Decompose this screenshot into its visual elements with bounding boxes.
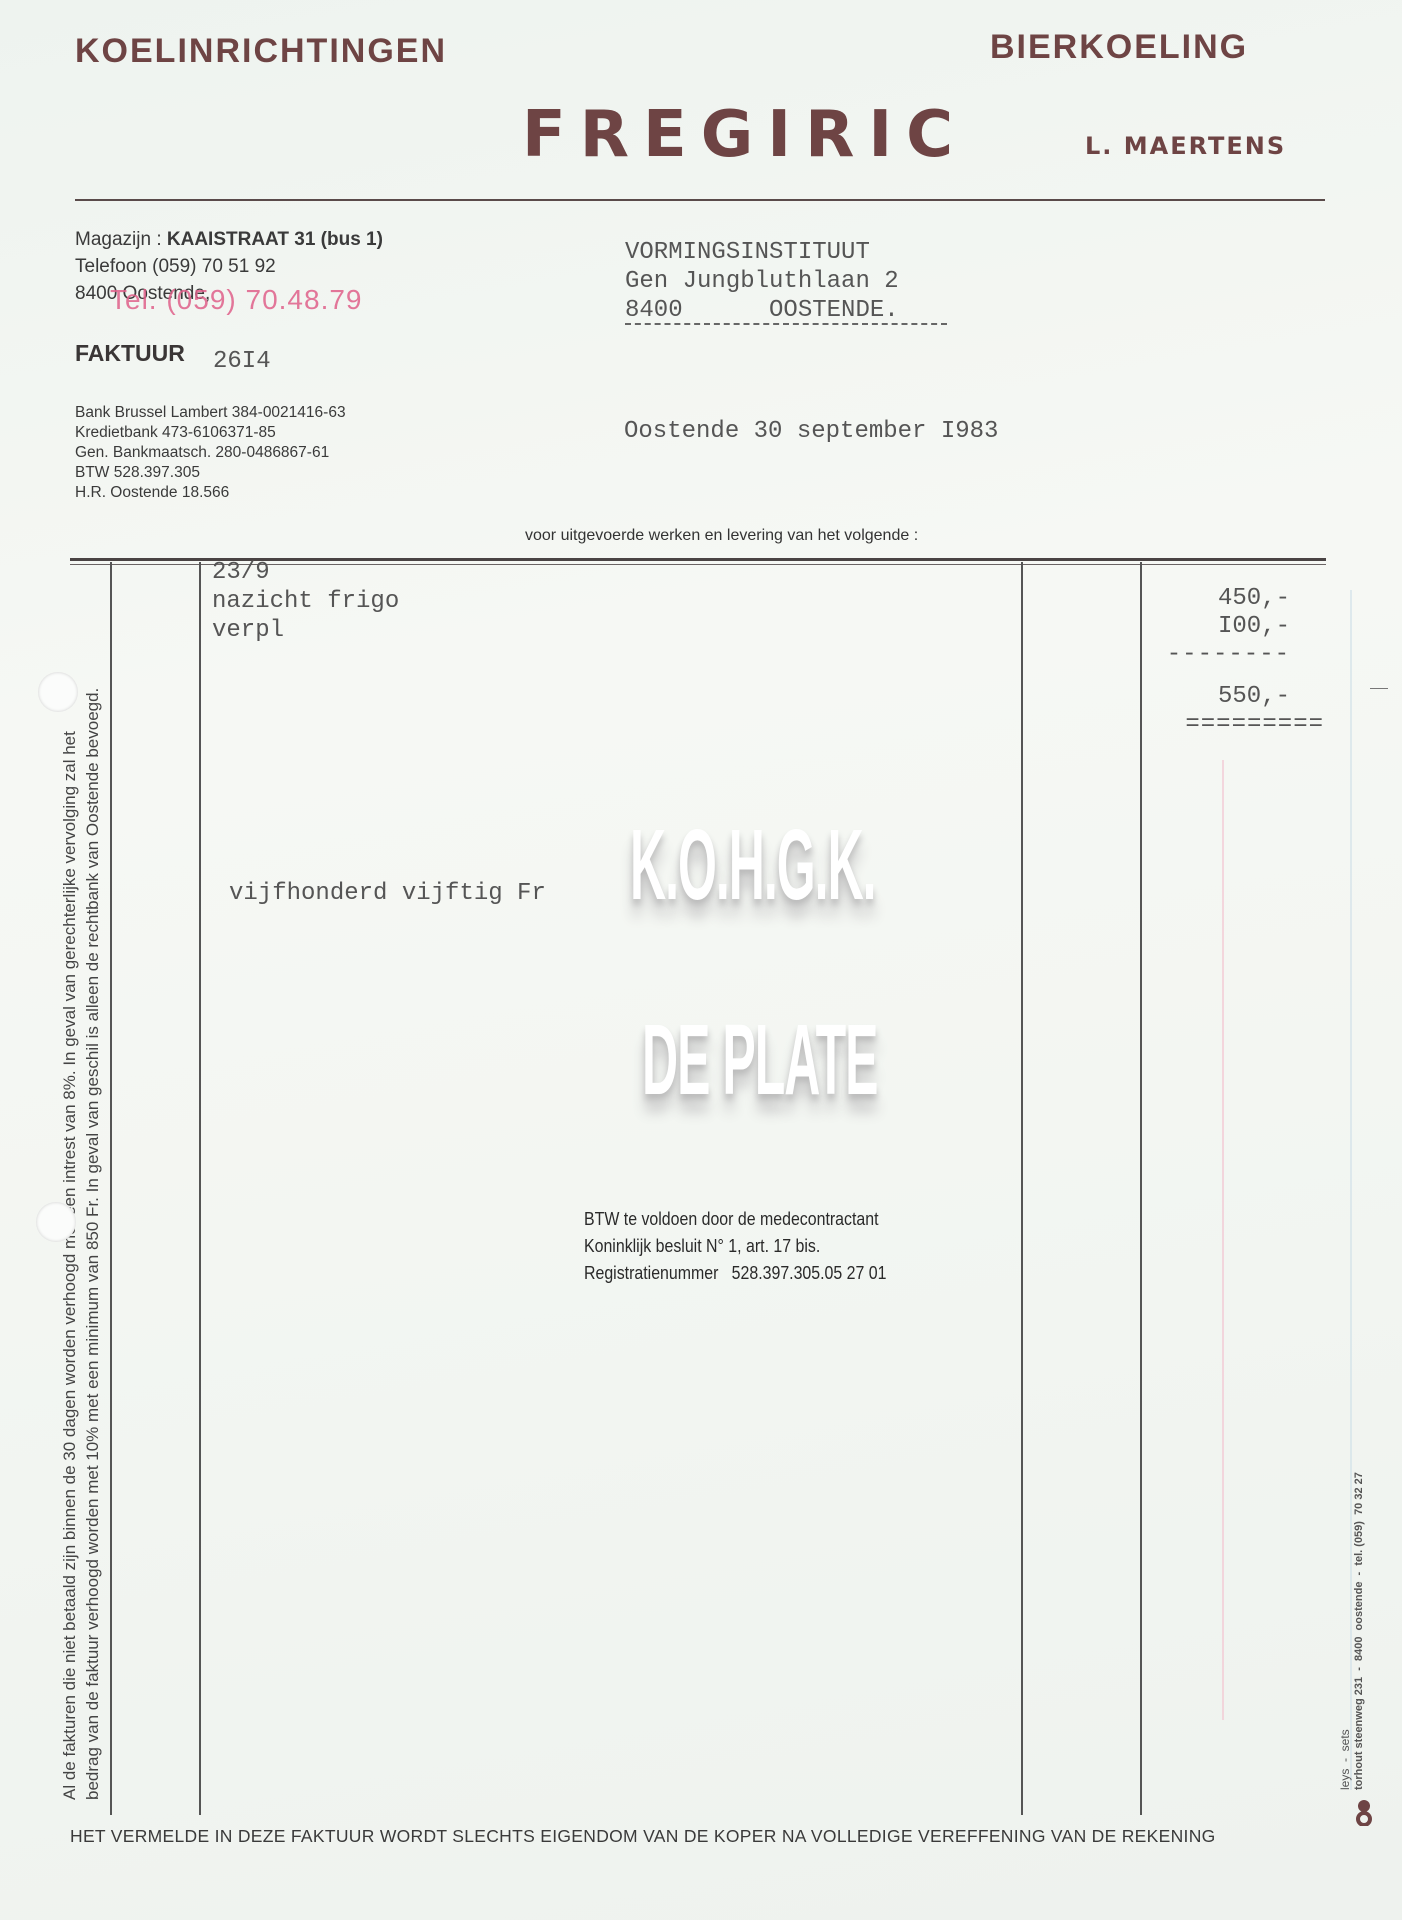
header-divider [75,199,1325,201]
total-amount: 550,- [1160,683,1290,711]
column-divider [110,562,112,1815]
bank-line: Gen. Bankmaatsch. 280-0486867-61 [75,443,346,463]
item-description: verpl [212,616,399,645]
column-divider [1140,562,1142,1815]
warehouse-address: KAAISTRAAT 31 (bus 1) [167,229,383,250]
tagline-refrigeration: KOELINRICHTINGEN [75,32,447,71]
company-name: FREGIRIC [522,98,967,172]
item-amounts: 450,- I00,- -------- 550,- ========= [1160,585,1290,739]
printer-address: torhout steenweg 231 - 8400 oostende - t… [1352,1410,1366,1790]
recipient-street: Gen Jungbluthlaan 2 [625,267,947,296]
warehouse-line: Magazijn : KAAISTRAAT 31 (bus 1) [75,226,383,253]
printer-imprint: leys - sets torhout steenweg 231 - 8400 … [1338,1410,1366,1790]
invoice-date: Oostende 30 september I983 [624,418,998,445]
subtotal-rule: -------- [1160,641,1290,669]
vat-notice: BTW te voldoen door de medecontractant K… [584,1205,886,1286]
recipient-name: VORMINGSINSTITUUT [625,238,947,267]
payment-terms-line: bedrag van de faktuur verhoogd worden me… [81,560,104,1800]
invoice-number: 26I4 [213,348,271,375]
recipient-city: 8400 OOSTENDE. [625,296,947,325]
item-amount: 450,- [1160,585,1290,613]
invoice-label: FAKTUUR [75,340,185,367]
printer-logo-icon [1350,1798,1378,1826]
ownership-notice: HET VERMELDE IN DEZE FAKTUUR WORDT SLECH… [70,1826,1216,1847]
column-divider [1021,562,1023,1815]
payment-terms: Al de fakturen die niet betaald zijn bin… [58,560,104,1800]
bank-details: Bank Brussel Lambert 384-0021416-63 Kred… [75,403,346,503]
vat-notice-line: BTW te voldoen door de medecontractant [584,1205,886,1232]
item-descriptions: 23/9 nazicht frigo verpl [212,558,399,645]
warehouse-label: Magazijn : [75,229,162,250]
item-date: 23/9 [212,558,399,587]
vat-notice-line: Registratienummer 528.397.305.05 27 01 [584,1259,886,1286]
bank-line: Bank Brussel Lambert 384-0021416-63 [75,403,346,423]
punch-hole [38,672,78,712]
printer-name: leys - sets [1338,1410,1352,1790]
watermark-de-plate: DE PLATE [642,1003,878,1118]
item-amount: I00,- [1160,613,1290,641]
watermark-kohgk: K.O.H.G.K. [630,808,876,923]
column-divider [199,562,201,1815]
item-description: nazicht frigo [212,587,399,616]
vat-notice-line: Koninklijk besluit N° 1, art. 17 bis. [584,1232,886,1259]
punch-hole [36,1202,76,1242]
phone-stamp: Tel. (059) 70.48.79 [110,284,363,316]
total-rule: ========= [1160,711,1324,739]
bank-line: Kredietbank 473-6106371-85 [75,423,346,443]
vat-number: BTW 528.397.305 [75,463,346,483]
sender-phone: Telefoon (059) 70 51 92 [75,253,383,280]
margin-tick [1370,688,1388,689]
recipient-address: VORMINGSINSTITUUT Gen Jungbluthlaan 2 84… [625,238,947,325]
payment-terms-line: Al de fakturen die niet betaald zijn bin… [58,560,81,1800]
amount-in-words: vijfhonderd vijftig Fr [229,880,546,907]
tagline-beer-cooling: BIERKOELING [990,28,1248,67]
bleed-mark [1222,760,1224,1720]
trade-register: H.R. Oostende 18.566 [75,483,346,503]
invoice-intro: voor uitgevoerde werken en levering van … [525,527,918,545]
owner-name: L. MAERTENS [1085,132,1286,160]
